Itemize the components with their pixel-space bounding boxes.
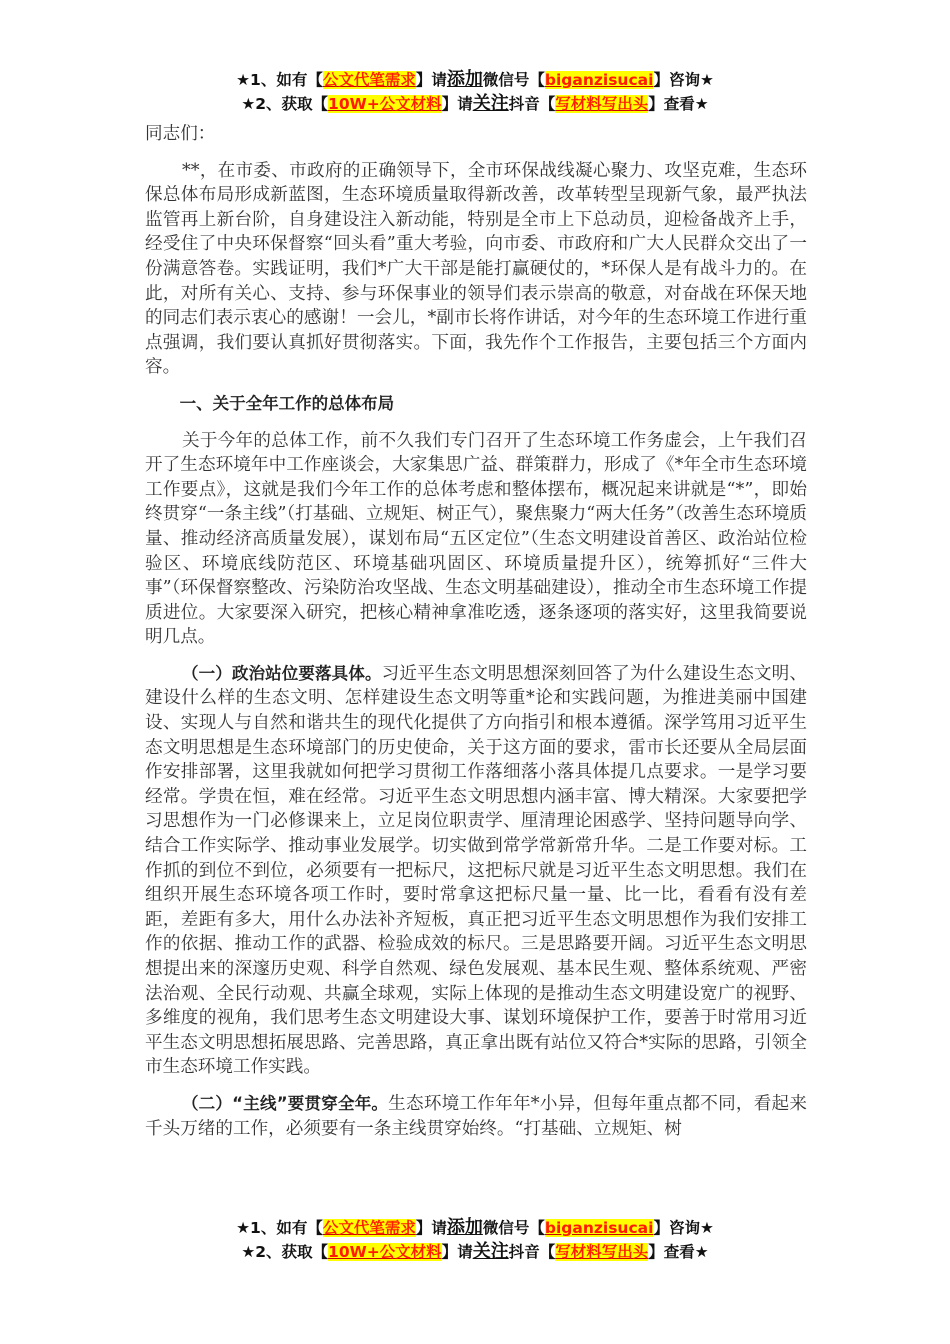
promo-line-1: ★1、如有【公文代笔需求】请添加微信号【biganzisucai】咨询★	[0, 68, 950, 92]
banner-text: 】咨询★	[653, 71, 713, 89]
banner-text: ★1、如有【	[236, 71, 323, 89]
banner-text: 】咨询★	[653, 1219, 713, 1237]
section-1-paragraph: 关于今年的总体工作，前不久我们专门召开了生态环境工作务虚会，上午我们召开了生态环…	[145, 429, 807, 650]
highlight-douyin-account: 写材料写出头	[555, 95, 648, 113]
highlight-materials: 10W+公文材料	[328, 95, 442, 113]
banner-text: ★1、如有【	[236, 1219, 323, 1237]
banner-text: 】查看★	[648, 1243, 708, 1261]
highlight-materials: 10W+公文材料	[328, 1243, 442, 1261]
banner-text: 微信号【	[483, 1219, 545, 1237]
salutation: 同志们：	[145, 122, 807, 147]
emphasis-add: 添加	[447, 69, 483, 90]
banner-text: 微信号【	[483, 71, 545, 89]
emphasis-follow: 关注	[473, 93, 509, 114]
section-1-heading: 一、关于全年工作的总体布局	[145, 392, 807, 417]
banner-text: 】查看★	[648, 95, 708, 113]
point-1-text: 习近平生态文明思想深刻回答了为什么建设生态文明、建设什么样的生态文明、怎样建设生…	[145, 664, 807, 1078]
banner-text: 】请	[442, 1243, 473, 1261]
banner-text: ★2、获取【	[241, 95, 328, 113]
promo-line-2: ★2、获取【10W+公文材料】请关注抖音【写材料写出头】查看★	[0, 92, 950, 116]
highlight-ghostwriting: 公文代笔需求	[323, 71, 416, 89]
promo-line-2: ★2、获取【10W+公文材料】请关注抖音【写材料写出头】查看★	[0, 1240, 950, 1264]
highlight-douyin-account: 写材料写出头	[555, 1243, 648, 1261]
point-2-title: （二）“主线”要贯穿全年。	[182, 1094, 388, 1113]
banner-text: ★2、获取【	[241, 1243, 328, 1261]
banner-text: 】请	[442, 95, 473, 113]
intro-paragraph: **，在市委、市政府的正确领导下，全市环保战线凝心聚力、攻坚克难，生态环保总体布…	[145, 159, 807, 380]
point-2-paragraph: （二）“主线”要贯穿全年。生态环境工作年年*小异，但每年重点都不同，看起来千头万…	[145, 1092, 807, 1141]
document-page: ★1、如有【公文代笔需求】请添加微信号【biganzisucai】咨询★ ★2、…	[0, 0, 950, 1344]
banner-text: 抖音【	[509, 1243, 556, 1261]
promo-banner-bottom: ★1、如有【公文代笔需求】请添加微信号【biganzisucai】咨询★ ★2、…	[0, 1216, 950, 1264]
promo-banner-top: ★1、如有【公文代笔需求】请添加微信号【biganzisucai】咨询★ ★2、…	[0, 68, 950, 116]
banner-text: 抖音【	[509, 95, 556, 113]
promo-line-1: ★1、如有【公文代笔需求】请添加微信号【biganzisucai】咨询★	[0, 1216, 950, 1240]
document-body: 同志们： **，在市委、市政府的正确领导下，全市环保战线凝心聚力、攻坚克难，生态…	[145, 122, 807, 1141]
emphasis-follow: 关注	[473, 1241, 509, 1262]
emphasis-add: 添加	[447, 1217, 483, 1238]
point-1-paragraph: （一）政治站位要落具体。习近平生态文明思想深刻回答了为什么建设生态文明、建设什么…	[145, 662, 807, 1080]
point-1-title: （一）政治站位要落具体。	[182, 664, 382, 683]
banner-text: 】请	[416, 71, 447, 89]
highlight-ghostwriting: 公文代笔需求	[323, 1219, 416, 1237]
banner-text: 】请	[416, 1219, 447, 1237]
highlight-wechat-id: biganzisucai	[545, 1219, 654, 1237]
highlight-wechat-id: biganzisucai	[545, 71, 654, 89]
